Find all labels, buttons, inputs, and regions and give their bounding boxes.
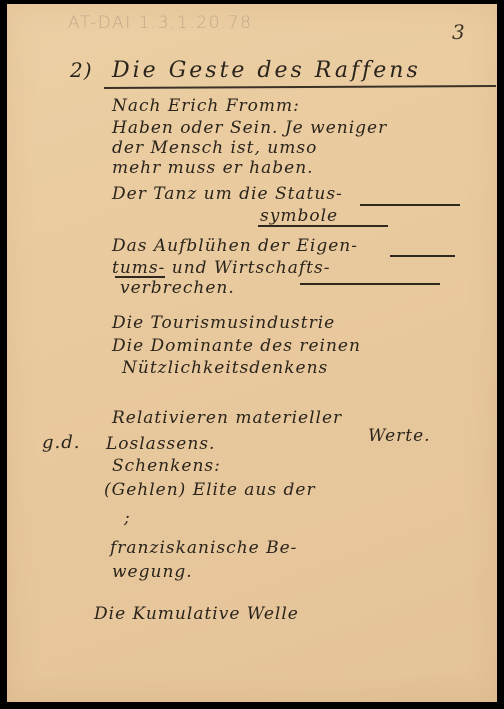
- text-line: Werte.: [368, 426, 431, 446]
- text-line: franziskanische Be-: [110, 538, 297, 558]
- text-line: Der Tanz um die Status-: [112, 184, 343, 204]
- text-line: Relativieren materieller: [112, 408, 342, 428]
- text-line: mehr muss er haben.: [112, 158, 314, 178]
- text-line: Loslassens.: [106, 434, 215, 454]
- underline: [258, 225, 388, 227]
- text-line: symbole: [260, 206, 338, 226]
- text-line: tums- und Wirtschafts-: [112, 258, 330, 278]
- margin-note: g.d.: [42, 432, 81, 453]
- underline: [390, 255, 455, 257]
- text-line: Schenkens:: [112, 456, 221, 476]
- text-line: Die Kumulative Welle: [94, 604, 299, 624]
- text-line: Nach Erich Fromm:: [112, 96, 300, 116]
- text-line: Nützlichkeitsdenkens: [122, 358, 328, 378]
- text-line: Haben oder Sein. Je weniger: [112, 118, 387, 138]
- underline: [360, 204, 460, 206]
- page-number: 3: [452, 20, 465, 44]
- text-line: Die Tourismusindustrie: [112, 313, 335, 333]
- text-line: verbrechen.: [120, 278, 235, 298]
- section-number: 2): [70, 58, 93, 82]
- text-line: der Mensch ist, umso: [112, 138, 317, 158]
- archive-reference-stamp: AT-DAI 1.3.1.20.78: [68, 13, 252, 33]
- text-line: Die Dominante des reinen: [112, 336, 361, 356]
- text-line: (Gehlen) Elite aus der: [104, 480, 316, 500]
- section-heading: Die Geste des Raffens: [112, 58, 421, 83]
- underline: [300, 283, 440, 285]
- text-line: wegung.: [112, 562, 193, 582]
- text-line: Das Aufblühen der Eigen-: [112, 236, 358, 256]
- text-line: ;: [124, 508, 131, 528]
